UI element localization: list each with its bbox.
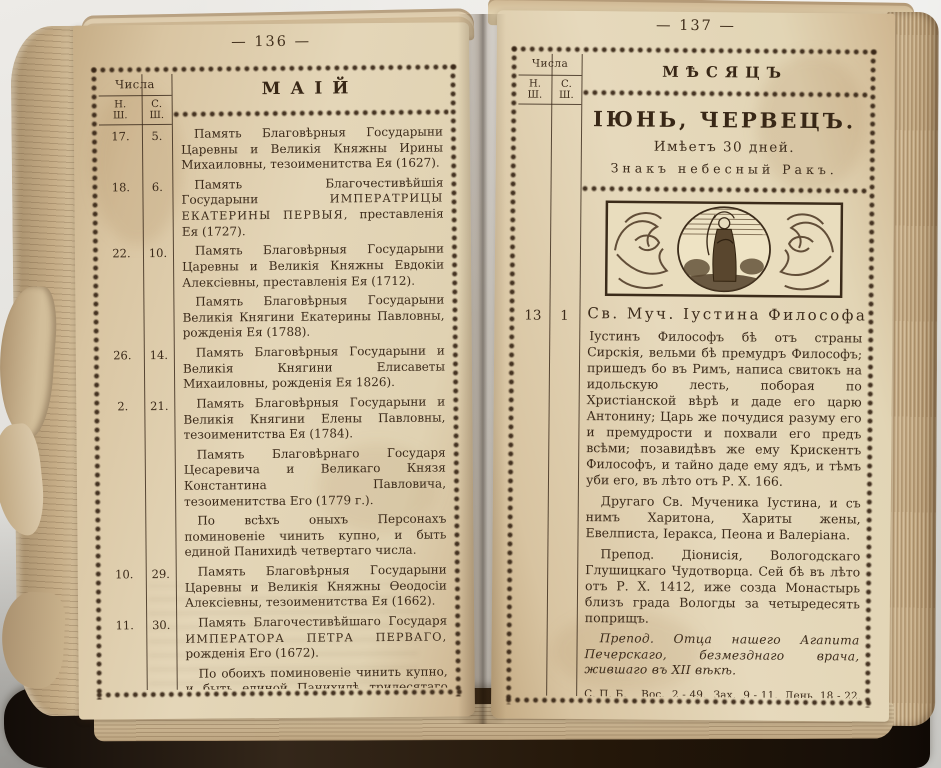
calendar-entry: По обоихъ поминовеніе чинить купно, и бы… (104, 664, 452, 690)
entry-number-new-style: 10. (103, 565, 146, 612)
sunset-value: 9 - 11. (743, 689, 778, 698)
entry-text: По всѣхъ оныхъ Персонахъ поминовеніе чин… (175, 512, 450, 561)
entry-number-old-style: 6. (142, 178, 173, 241)
entry-text: Память Благовѣрныя Государыни и Великія … (174, 344, 449, 393)
headpiece-engraving (580, 200, 868, 303)
calendar-entry: Память Благовѣрныя Государыни Великія Кн… (100, 293, 448, 343)
zodiac-line: Знакъ небесный Ракъ. (581, 160, 868, 178)
entry-text: Память Благовѣрнаго Государя Цесаревича … (175, 445, 451, 510)
entry-number-new-style: 11. (103, 616, 146, 663)
month-title: МАІЙ (171, 77, 448, 99)
entry-text: Память Благовѣрныя Государыни Царевны и … (172, 124, 447, 173)
entry-text: Память Благочестивѣйшаго Государя ИМПЕРА… (176, 613, 451, 662)
entry-number-new-style: 17. (99, 127, 142, 174)
entry-number-new-style: 2. (101, 397, 144, 444)
entry-paragraph: Іустинъ Философъ бѣ отъ страны Сирскія, … (586, 328, 862, 490)
entry-number-old-style: 10. (143, 244, 173, 291)
calendar-entry: 26. 14. Память Благовѣрныя Государыни и … (101, 344, 449, 394)
entry-number-old-style: 5. (142, 127, 172, 174)
sunset-label: Зах. (714, 689, 737, 698)
entry-number-old-style (145, 448, 176, 511)
entry-text: Память Благочестивѣйшія Государыни ИМПЕР… (172, 175, 448, 240)
calendar-entry: 18. 6. Память Благочестивѣйшія Государын… (99, 175, 448, 241)
entry-paragraph: Препод. Діонисія, Вологодскаго Глушицкаг… (585, 546, 861, 628)
date-column-title: Числа (519, 53, 582, 76)
calendar-entry: 17. 5. Память Благовѣрныя Государыни Цар… (99, 124, 447, 174)
calendar-entry: 22. 10. Память Благовѣрныя Государыни Ца… (100, 242, 448, 292)
entry-number-new-style (104, 667, 147, 691)
old-style-column-label: С. Ш. (551, 76, 581, 104)
entry-number-old-style (143, 295, 173, 342)
date-column-header: Числа Н. Ш. С. Ш. (518, 53, 581, 104)
entry-number-old-style (145, 514, 175, 561)
new-style-column-label: Н. Ш. (518, 75, 551, 103)
days-count-line: Имѣетъ 30 дней. (581, 138, 868, 157)
entry-number-new-style: 18. (99, 178, 143, 241)
date-column-title: Числа (98, 74, 171, 97)
new-style-column-label: Н. Ш. (99, 96, 142, 124)
entry-number-old-style: 14. (144, 346, 174, 393)
right-page: — 137 — Числа Н. Ш. С. (491, 10, 895, 721)
entry-number-new-style: 26. (101, 346, 144, 393)
entry-text: По обоихъ поминовеніе чинить купно, и бы… (177, 664, 452, 690)
entry-text: Память Благовѣрныя Государыни Великія Кн… (173, 293, 448, 342)
entry-number-new-style (102, 514, 145, 561)
page-number: — 137 — (497, 16, 895, 35)
entry-text: Память Благовѣрныя Государыни Царевны и … (173, 242, 448, 291)
entry-text: Память Благовѣрныя Государыни и Великія … (174, 394, 449, 443)
entry-number-old-style (147, 667, 177, 691)
ornament-chain-rule (581, 184, 868, 196)
entry-number-old-style: 1 (549, 308, 579, 324)
left-page: — 136 — Числа Н. Ш. С. (73, 22, 475, 719)
date-column-header: Числа Н. Ш. С. Ш. (98, 74, 171, 125)
column-rule (546, 54, 553, 696)
calendar-entry: 2. 21. Память Благовѣрныя Государыни и В… (101, 394, 449, 444)
book-gutter-shadow (458, 14, 506, 724)
day-length-label: День (785, 690, 813, 699)
calendar-entries: 17. 5. Память Благовѣрныя Государыни Цар… (99, 124, 452, 690)
entry-title: Св. Муч. Іустина Философа, (587, 304, 862, 324)
calendar-entry: 10. 29. Память Благовѣрныя Государыни Ца… (103, 563, 451, 613)
entry-number-old-style: 21. (144, 397, 174, 444)
entry-number-new-style: 22. (100, 245, 143, 292)
ornament-chain-rule (581, 88, 868, 100)
entry-paragraph: Другаго Св. Мученика Іустина, и съ нимъ … (585, 493, 860, 543)
day-entry: Св. Муч. Іустина Философа, Іустинъ Филос… (576, 304, 865, 698)
month-title: ІЮНЬ, ЧЕРВЕЦЪ. (581, 106, 868, 134)
entry-number-new-style (102, 448, 146, 511)
month-word: МѢСЯЦЪ (581, 62, 868, 83)
calendar-entry: 11. 30. Память Благочестивѣйшаго Государ… (103, 613, 451, 663)
entry-number-old-style: 30. (146, 616, 176, 663)
old-style-column-label: С. Ш. (142, 96, 172, 124)
entry-number-old-style: 29. (146, 565, 176, 612)
page-frame: Числа Н. Ш. С. Ш. МѢСЯЦЪ ІЮНЬ, ЧЕР (504, 44, 878, 707)
calendar-entry: По всѣхъ оныхъ Персонахъ поминовеніе чин… (102, 512, 450, 562)
entry-paragraph: Препод. Отца нашего Агапита Печерскаго, … (584, 631, 859, 680)
page-number: — 136 — (73, 32, 469, 51)
entry-number-new-style (100, 295, 143, 342)
page-frame: Числа Н. Ш. С. Ш. МАІЙ (89, 62, 463, 699)
entry-number-new-style: 13 (516, 307, 549, 323)
ornament-chain-rule (172, 107, 449, 118)
day-length-value: 18 - 22. (820, 690, 862, 699)
entry-text: Память Благовѣрныя Государыни Царевны и … (176, 563, 451, 612)
calendar-entry: Память Благовѣрнаго Государя Цесаревича … (102, 445, 451, 510)
open-book-photo: — 136 — Числа Н. Ш. С. (0, 0, 941, 768)
